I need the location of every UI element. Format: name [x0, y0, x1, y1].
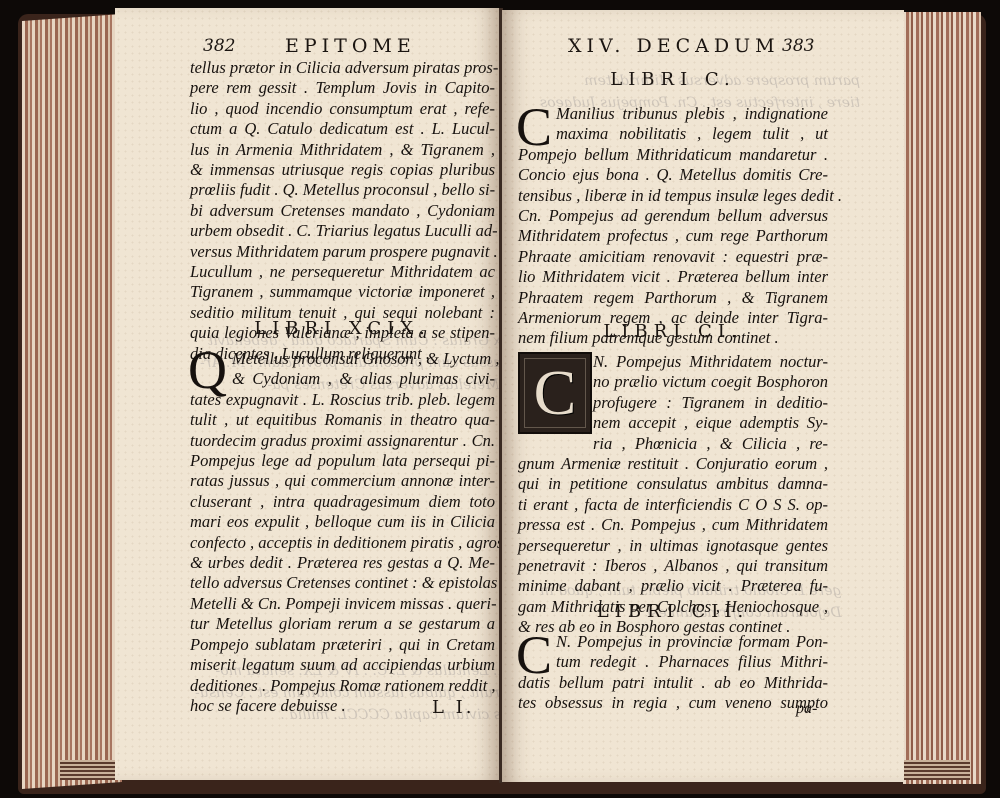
- text-line: tates expugnavit . L. Roscius trib. pleb…: [190, 390, 495, 410]
- text-line: lus in Armenia Mithridatem , & Tigranem …: [190, 140, 495, 160]
- text-line: qui in petitione consulatus ambitus damn…: [518, 474, 828, 494]
- text-line: lio Mithridatem vicit . Præterea bellum …: [518, 267, 828, 287]
- text-line: ratas jussus , qui commercium annonæ int…: [190, 471, 495, 491]
- text-line: tensibus , liberæ in id tempus insulæ le…: [518, 186, 828, 206]
- text-line: tum redegit . Pharnaces filius Mithri-: [556, 652, 828, 672]
- page-number-right: 383: [782, 36, 814, 56]
- text-line: penetravit : Iberos , Albanos , qui tran…: [518, 556, 828, 576]
- text-line: Pompejus lege ad populum lata persequi p…: [190, 451, 495, 471]
- section-heading-c: LIBRI C.: [518, 69, 828, 90]
- running-head-right: XIV. DECADUM: [568, 35, 780, 57]
- text-line: datis bellum patri intulit . ab eo Mithr…: [518, 673, 828, 693]
- text-line: no prælio victum coegit Bosphoron: [593, 372, 828, 392]
- text-block-ci: N. Pompejus Mithridatem noctur- no præli…: [518, 352, 828, 638]
- text-line: Manilius tribunus plebis , indignatione: [556, 104, 828, 124]
- text-line: Cn. Pompejus ad gerendum bellum adversus: [518, 206, 828, 226]
- text-block-c: Manilius tribunus plebis , indignatione …: [518, 104, 828, 349]
- text-line: tur Metellus gloriam rerum a se gestarum…: [190, 614, 495, 634]
- catchword-right: pa-: [796, 700, 817, 718]
- text-line: pere rem gessit . Templum Jovis in Capit…: [190, 78, 495, 98]
- text-line: gnum Armeniæ restituit . Conjuratio eoru…: [518, 454, 828, 474]
- text-line: ctum a Q. Catulo dedicatum est . L. Lucu…: [190, 119, 495, 139]
- text-line: & immensas utriusque regis copias plurib…: [190, 160, 495, 180]
- text-block-xcix: Metellus proconsul Gnoson , & Lyctum , &…: [190, 349, 495, 716]
- text-line: nem accepit , eique ademptis Sy-: [593, 413, 828, 433]
- running-head-left: EPITOME: [285, 35, 416, 57]
- text-line: persequeretur , in ultimas ignotasque ge…: [518, 536, 828, 556]
- text-line: ria , Phœnicia , & Cilicia , re-: [593, 434, 828, 454]
- text-line: confecto , acceptis in deditionem pirati…: [190, 533, 495, 553]
- text-line: Metelli & Cn. Pompeji invicem missas . q…: [190, 594, 495, 614]
- text-line: tuordecim gradus proximi assignarentur .…: [190, 431, 495, 451]
- section-heading-xcix: LIBRI XCIX.: [190, 318, 495, 339]
- text-line: Concio ejus bona . Q. Metellus domitis C…: [518, 165, 828, 185]
- text-line: versus Mithridatem parum prospere pugnav…: [190, 242, 495, 262]
- text-line: & Cydoniam , & alias plurimas civi-: [232, 369, 495, 389]
- text-line: tes obsessus in regia , cum veneno sumpt…: [518, 693, 828, 713]
- text-line: Pompejo sublatam præteriri , qui in Cret…: [190, 635, 495, 655]
- section-heading-cii: LIBRI CII.: [518, 601, 828, 622]
- text-line: pressa est . Cn. Pompejus , cum Mithrida…: [518, 515, 828, 535]
- text-line: Tigranem , summamque victoriæ imponeret …: [190, 282, 495, 302]
- right-page-edges: [903, 12, 981, 784]
- text-line: Phraatem regem Parthorum , & Tigranem: [518, 288, 828, 308]
- text-line: minime dabant , prælio vicit . Præterea …: [518, 576, 828, 596]
- text-line: tello adversus Cretenses continet : & ep…: [190, 573, 495, 593]
- text-line: deditiones . Pompejus Romæ rationem redd…: [190, 676, 495, 696]
- catchword-left: L I.: [432, 697, 475, 718]
- text-line: ti erant , facta de interficiendis C O S…: [518, 495, 828, 515]
- text-line: Metellus proconsul Gnoson , & Lyctum ,: [232, 349, 495, 369]
- text-line: lio , quod incendio consumptum erat , re…: [190, 99, 495, 119]
- text-line: miserit legatum suum ad accipiendas urbi…: [190, 655, 495, 675]
- text-line: urbem obsedit . C. Triarius legatus Lucu…: [190, 221, 495, 241]
- section-heading-ci: LIBRI CI.: [518, 321, 828, 342]
- text-line: maxima nobilitatis , legem tulit , ut: [556, 124, 828, 144]
- text-line: N. Pompejus in provinciæ formam Pon-: [556, 632, 828, 652]
- text-line: Pompejo bellum Mithridaticum mandaretur …: [518, 145, 828, 165]
- text-block-cii: N. Pompejus in provinciæ formam Pon- tum…: [518, 632, 828, 714]
- text-line: bi adversum Cretenses mandato , Cydoniam: [190, 201, 495, 221]
- text-line: N. Pompejus Mithridatem noctur-: [593, 352, 828, 372]
- page-number-left: 382: [203, 36, 235, 56]
- text-line: tellus prætor in Cilicia adversum pirata…: [190, 58, 495, 78]
- text-line: cluserant , intra quadragesimum diem tot…: [190, 492, 495, 512]
- text-line: prœliis fudit . Q. Metellus proconsul , …: [190, 180, 495, 200]
- text-line: Phraate amicitiam renovavit : equestri p…: [518, 247, 828, 267]
- left-page-edges: [22, 14, 122, 789]
- text-line: profugere : Tigranem in deditio-: [593, 393, 828, 413]
- text-line: & urbes dedit . Præterea res gestas a Q.…: [190, 553, 495, 573]
- text-line: tulit , ut equitibus Romanis in theatro …: [190, 410, 495, 430]
- text-line: mari eos expulit , belloque cum iis in C…: [190, 512, 495, 532]
- text-line: Lucullum , ne persequeretur Mithridatem …: [190, 262, 495, 282]
- text-line: Mithridatem profectus , cum rege Parthor…: [518, 226, 828, 246]
